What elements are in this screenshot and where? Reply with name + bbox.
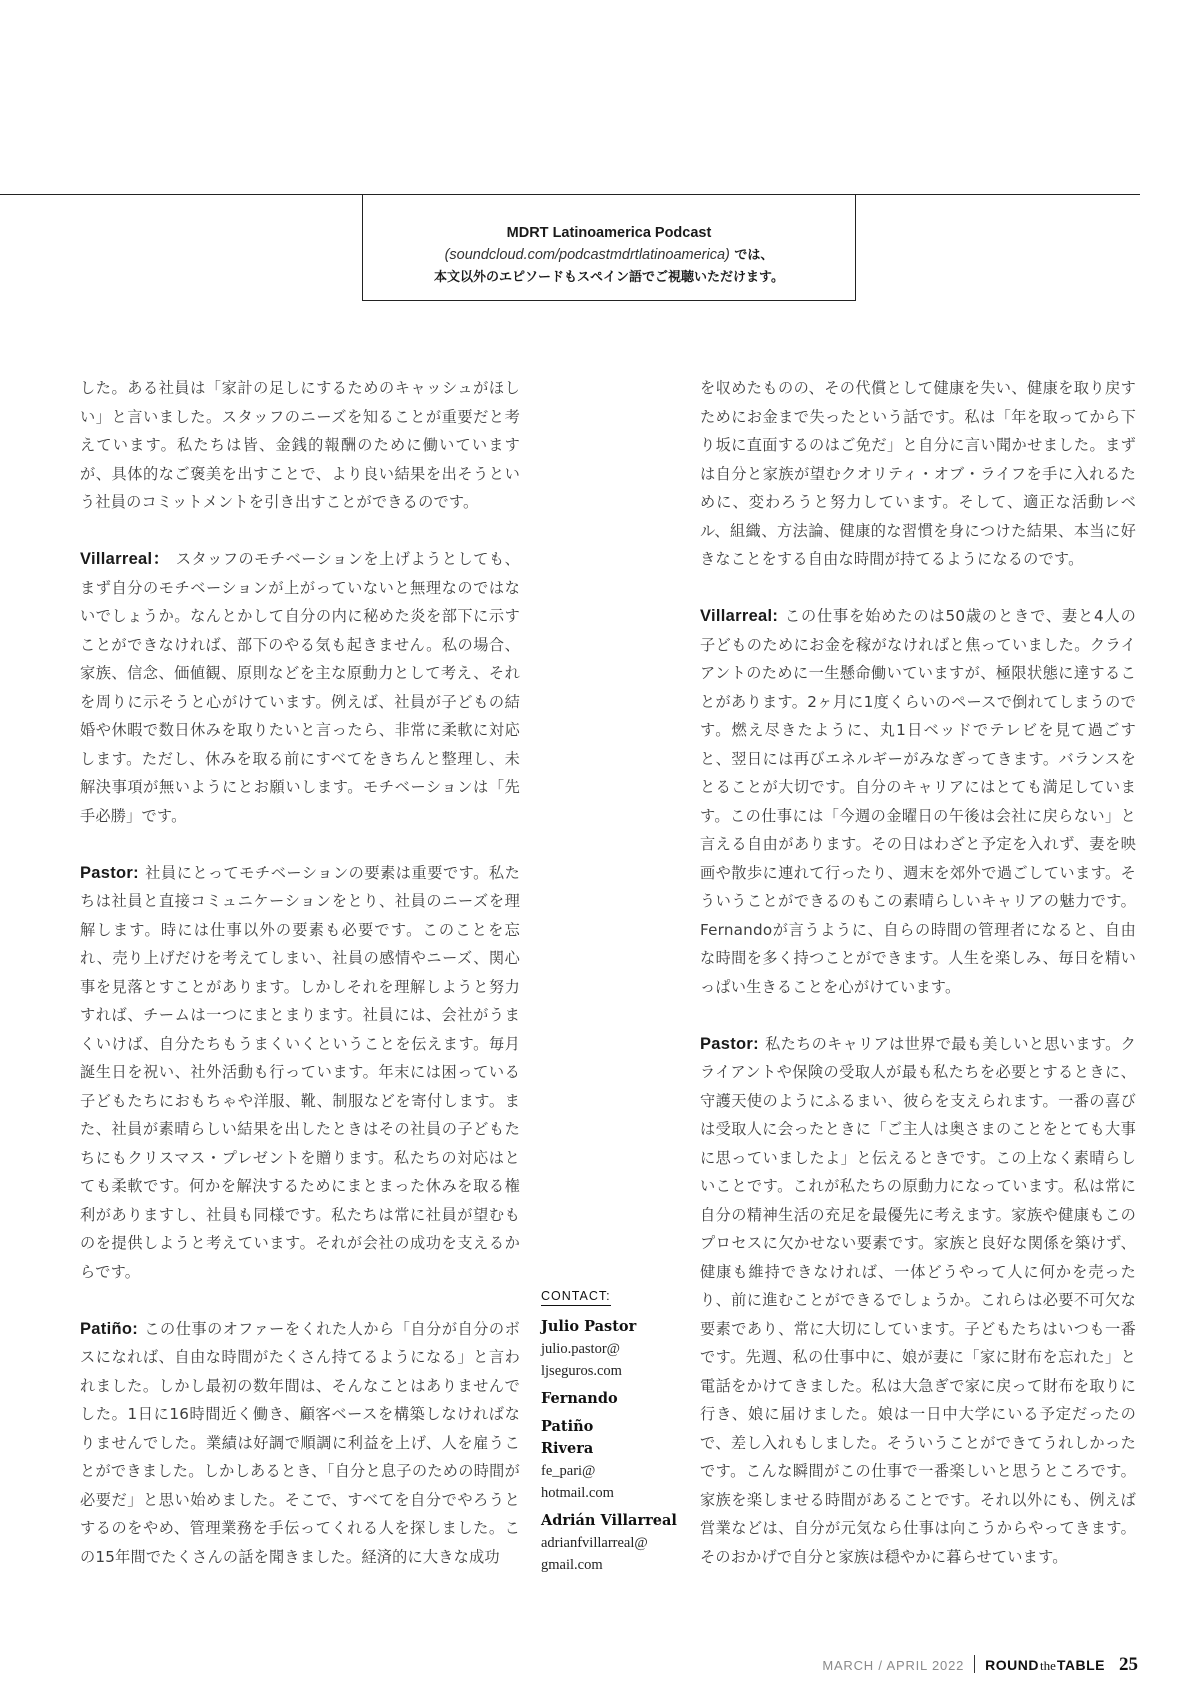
contact-name: Adrián Villarreal xyxy=(541,1510,691,1532)
speaker-name: Pastor: xyxy=(80,864,139,882)
paragraph-text: スタッフのモチベーションを上げようとしても、まず自分のモチベーションが上がってい… xyxy=(80,550,520,825)
paragraph-text: この仕事のオファーをくれた人から「自分が自分のボスになれば、自由な時間がたくさん… xyxy=(80,1320,520,1566)
contact-name: Patiño xyxy=(541,1416,691,1438)
article-paragraph: Patiño:この仕事のオファーをくれた人から「自分が自分のボスになれば、自由な… xyxy=(80,1315,520,1572)
logo-the: the xyxy=(1040,1658,1056,1673)
contact-heading: CONTACT: xyxy=(541,1289,611,1306)
speaker-name: Villarreal: xyxy=(700,607,778,625)
paragraph-text: した。ある社員は「家計の足しにするためのキャッシュがほしい」と言いました。スタッ… xyxy=(80,379,520,511)
page-footer: MARCH / APRIL 2022 ROUNDtheTABLE 25 xyxy=(822,1652,1138,1676)
article-paragraph: Villarreal：スタッフのモチベーションを上げようとしても、まず自分のモチ… xyxy=(80,545,520,830)
podcast-url-line: (soundcloud.com/podcastmdrtlatinoamerica… xyxy=(363,244,855,267)
logo-round: ROUND xyxy=(985,1657,1039,1673)
podcast-description: 本文以外のエピソードもスペイン語でご視聴いただけます。 xyxy=(363,267,855,289)
article-column-left: した。ある社員は「家計の足しにするためのキャッシュがほしい」と言いました。スタッ… xyxy=(80,374,520,1600)
contact-email[interactable]: adrianfvillarreal@ xyxy=(541,1532,691,1554)
podcast-title: MDRT Latinoamerica Podcast xyxy=(363,222,855,244)
article-paragraph: を収めたものの、その代償として健康を失い、健康を取り戻すためにお金まで失ったとい… xyxy=(700,374,1136,574)
article-paragraph: Pastor:社員にとってモチベーションの要素は重要です。私たちは社員と直接コミ… xyxy=(80,859,520,1287)
paragraph-text: を収めたものの、その代償として健康を失い、健康を取り戻すためにお金まで失ったとい… xyxy=(700,379,1136,568)
podcast-url-suffix: では、 xyxy=(730,248,774,263)
contact-email[interactable]: hotmail.com xyxy=(541,1482,691,1504)
issue-date: MARCH / APRIL 2022 xyxy=(822,1658,964,1673)
contact-name: Julio Pastor xyxy=(541,1316,691,1338)
speaker-name: Villarreal： xyxy=(80,550,170,568)
article-column-right: を収めたものの、その代償として健康を失い、健康を取り戻すためにお金まで失ったとい… xyxy=(700,374,1136,1600)
contact-email[interactable]: gmail.com xyxy=(541,1554,691,1576)
speaker-name: Pastor: xyxy=(700,1035,759,1053)
podcast-callout-box: MDRT Latinoamerica Podcast (soundcloud.c… xyxy=(362,194,856,301)
paragraph-text: 社員にとってモチベーションの要素は重要です。私たちは社員と直接コミュニケーション… xyxy=(80,864,520,1281)
article-paragraph: Pastor:私たちのキャリアは世界で最も美しいと思います。クライアントや保険の… xyxy=(700,1030,1136,1572)
paragraph-text: この仕事を始めたのは50歳のときで、妻と4人の子どものためにお金を稼がなければと… xyxy=(700,607,1136,996)
contact-email[interactable]: ljseguros.com xyxy=(541,1360,691,1382)
page-number: 25 xyxy=(1119,1654,1138,1676)
contact-person: Adrián Villarreal adrianfvillarreal@ gma… xyxy=(541,1510,691,1576)
contact-email[interactable]: fe_pari@ xyxy=(541,1460,691,1482)
publication-logo: ROUNDtheTABLE xyxy=(985,1657,1105,1674)
contact-sidebar: CONTACT: Julio Pastor julio.pastor@ ljse… xyxy=(541,1285,691,1582)
logo-table: TABLE xyxy=(1057,1657,1105,1673)
contact-name: Rivera xyxy=(541,1438,691,1460)
podcast-url: (soundcloud.com/podcastmdrtlatinoamerica… xyxy=(445,247,730,263)
contact-person: Julio Pastor julio.pastor@ ljseguros.com xyxy=(541,1316,691,1382)
contact-email[interactable]: julio.pastor@ xyxy=(541,1338,691,1360)
article-paragraph: Villarreal:この仕事を始めたのは50歳のときで、妻と4人の子どものため… xyxy=(700,602,1136,1001)
contact-person: Fernando Patiño Rivera fe_pari@ hotmail.… xyxy=(541,1388,691,1504)
speaker-name: Patiño: xyxy=(80,1320,138,1338)
article-paragraph: した。ある社員は「家計の足しにするためのキャッシュがほしい」と言いました。スタッ… xyxy=(80,374,520,517)
contact-name: Fernando xyxy=(541,1388,691,1410)
footer-divider xyxy=(974,1655,975,1673)
paragraph-text: 私たちのキャリアは世界で最も美しいと思います。クライアントや保険の受取人が最も私… xyxy=(700,1035,1136,1566)
